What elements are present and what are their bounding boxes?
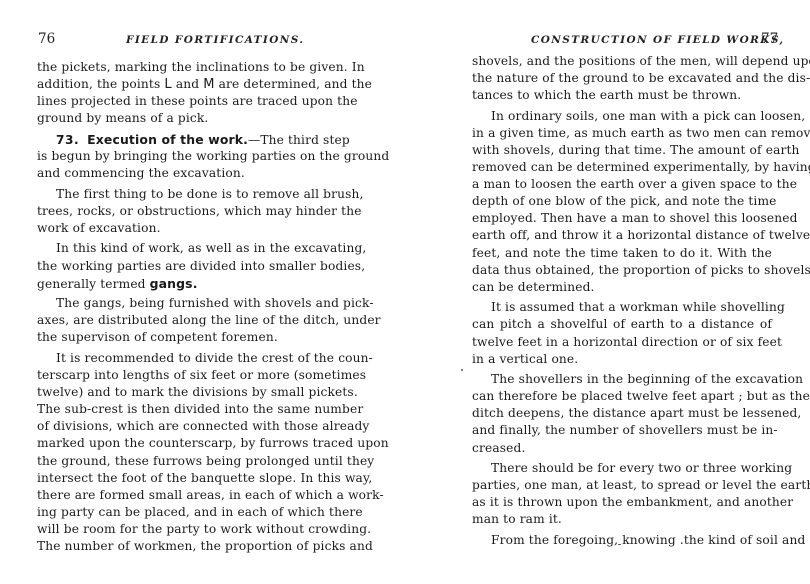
page-number: 77 [761,31,778,47]
text-line-with-points: addition, the points L and M are determi… [37,76,337,93]
text-line: trees, rocks, or obstructions, which may… [37,203,337,220]
text-line: can therefore be placed twelve feet apar… [472,388,772,405]
section-73: 73. Execution of the work.—The third ste… [37,131,337,182]
text-fragment: —The third step [248,133,350,147]
text-line: the ground, these furrows being prolonge… [37,453,337,470]
text-line: ground by means of a pick. [37,110,337,127]
section-number: 73. [56,133,79,147]
paragraph: In this kind of work, as well as in the … [37,240,337,291]
text-fragment: and [172,77,203,91]
page-body: the pickets, marking the inclinations to… [37,59,337,555]
running-head: FIELD FORTIFICATIONS. [126,34,304,46]
text-line: is begun by bringing the working parties… [37,148,337,165]
text-line: axes, are distributed along the line of … [37,312,337,329]
section-title: Execution of the work. [87,132,248,147]
left-page: 76 FIELD FORTIFICATIONS. the pickets, ma… [0,0,400,584]
text-line: data thus obtained, the proportion of pi… [472,262,772,279]
page-number: 76 [38,31,55,47]
paragraph: The shovellers in the beginning of the e… [472,371,772,456]
paragraph: The gangs, being furnished with shovels … [37,295,337,346]
running-head: CONSTRUCTION OF FIELD WORKS, [531,34,785,46]
page-body: shovels, and the positions of the men, w… [472,53,772,549]
text-line: There should be for every two or three w… [472,460,772,477]
text-line: and finally, the number of shovellers mu… [472,422,772,439]
text-line: in a given time, as much earth as two me… [472,125,772,142]
text-line: twelve) and to mark the divisions by sma… [37,384,337,401]
point-label-m: M [203,77,214,92]
text-line: as it is thrown upon the embankment, and… [472,494,772,511]
text-line: the working parties are divided into sma… [37,258,337,275]
paragraph: shovels, and the positions of the men, w… [472,53,772,104]
text-line: intersect the foot of the banquette slop… [37,470,337,487]
text-line: parties, one man, at least, to spread or… [472,477,772,494]
text-line: marked upon the counterscarp, by furrows… [37,435,337,452]
paragraph: It is assumed that a workman while shove… [472,299,772,367]
text-line: It is assumed that a workman while shove… [472,299,772,316]
text-line: terscarp into lengths of six feet or mor… [37,367,337,384]
text-line: earth off, and throw it a horizontal dis… [472,227,772,244]
text-line: work of excavation. [37,220,337,237]
text-line: depth of one blow of the pick, and note … [472,193,772,210]
text-line: ing party can be placed, and in each of … [37,504,337,521]
text-line: The gangs, being furnished with shovels … [37,295,337,312]
print-speck [618,544,621,545]
paragraph: In ordinary soils, one man with a pick c… [472,108,772,296]
text-line: man to ram it. [472,511,772,528]
text-line: feet, and note the time taken to do it. … [472,245,772,262]
text-line: lines projected in these points are trac… [37,93,337,110]
text-line: in a vertical one. [472,351,772,368]
section-heading-line: 73. Execution of the work.—The third ste… [37,131,337,148]
text-line: From the foregoing, knowing .the kind of… [472,532,772,549]
bold-term-gangs: gangs. [150,276,198,291]
text-line: employed. Then have a man to shovel this… [472,210,772,227]
text-line: shovels, and the positions of the men, w… [472,53,772,70]
text-line: will be room for the party to work witho… [37,521,337,538]
print-speck [461,369,463,371]
text-line: twelve feet in a horizontal direction or… [472,334,772,351]
paragraph: the pickets, marking the inclinations to… [37,59,337,127]
text-line: creased. [472,440,772,457]
text-line: a man to loosen the earth over a given s… [472,176,772,193]
text-line: removed can be determined experimentally… [472,159,772,176]
text-line: The number of workmen, the proportion of… [37,538,337,555]
text-line-with-term: generally termed gangs. [37,275,337,292]
text-line: ditch deepens, the distance apart must b… [472,405,772,422]
text-line: In ordinary soils, one man with a pick c… [472,108,772,125]
text-fragment: generally termed [37,277,150,291]
text-line: tances to which the earth must be thrown… [472,87,772,104]
right-page: CONSTRUCTION OF FIELD WORKS, 77 shovels,… [400,0,810,584]
text-line: The shovellers in the beginning of the e… [472,371,772,388]
paragraph: The first thing to be done is to remove … [37,186,337,237]
text-line: The first thing to be done is to remove … [37,186,337,203]
text-line: It is recommended to divide the crest of… [37,350,337,367]
text-fragment: are determined, and the [215,77,372,91]
paragraph: From the foregoing, knowing .the kind of… [472,532,772,549]
text-line: can pitch a shovelful of earth to a dist… [472,316,772,333]
text-line: In this kind of work, as well as in the … [37,240,337,257]
paragraph: It is recommended to divide the crest of… [37,350,337,555]
text-line: and commencing the excavation. [37,165,337,182]
text-line: with shovels, during that time. The amou… [472,142,772,159]
text-fragment: addition, the points [37,77,164,91]
text-line: the nature of the ground to be excavated… [472,70,772,87]
text-line: of divisions, which are connected with t… [37,418,337,435]
text-line: there are formed small areas, in each of… [37,487,337,504]
paragraph: There should be for every two or three w… [472,460,772,528]
text-line: the pickets, marking the inclinations to… [37,59,337,76]
point-label-l: L [164,77,171,92]
text-line: can be determined. [472,279,772,296]
text-line: the supervison of competent foremen. [37,329,337,346]
text-line: The sub-crest is then divided into the s… [37,401,337,418]
